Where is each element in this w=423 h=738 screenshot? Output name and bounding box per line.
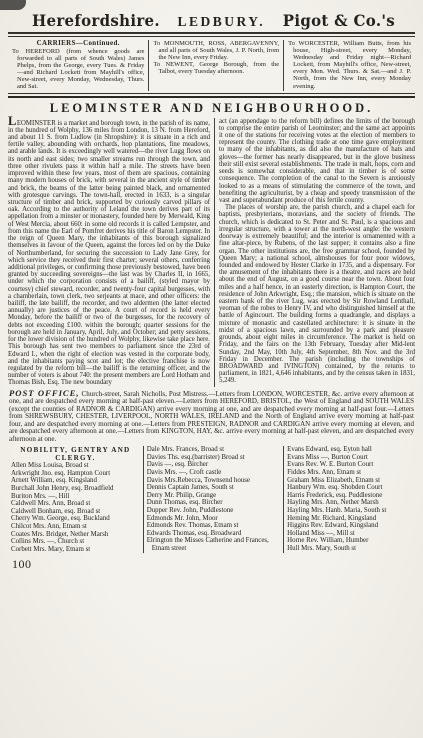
list-item: Dennis Captain James, South st: [147, 484, 280, 492]
list-item: Heming Mr. Richard, Kingsland: [287, 515, 412, 523]
article-paragraph: act (an appendage to the reform bill) de…: [219, 118, 415, 205]
list-item: Buriton Mrs. —, Hill: [11, 493, 140, 501]
list-item: Coates Mrs. Bridget, Nether Marsh: [11, 531, 140, 539]
article-title: LEOMINSTER AND NEIGHBOURHOOD.: [8, 101, 415, 116]
carriers-list-3: To WORCESTER, William Butts, from his ho…: [288, 40, 411, 90]
list-item: Holland Miss —, Mill st: [287, 530, 412, 538]
list-item: Evans Rev. W. E. Burton Court: [287, 461, 412, 469]
list-item: Edmonds Mr. John, Moor: [147, 515, 280, 523]
nobility-column-2: Dale Mrs. Frances, Broad stDavies Ths. e…: [143, 446, 283, 553]
list-item: Harris Frederick, esq. Puddlestone: [287, 492, 412, 500]
masthead: Herefordshire. LEDBURY. Pigot & Co.'s: [8, 10, 415, 30]
carrier-entry: To MONMOUTH, ROSS, ABERGAVENNY, and all …: [153, 40, 279, 61]
carriers-list-1: To HEREFORD (from whence goods are forwa…: [12, 48, 144, 91]
list-item: Davis Mrs. —, Croft castle: [147, 469, 280, 477]
carrier-entry: To WORCESTER, William Butts, from his ho…: [288, 40, 411, 90]
nobility-list-2: Dale Mrs. Frances, Broad stDavies Ths. e…: [147, 446, 280, 552]
carriers-column-2: To MONMOUTH, ROSS, ABERGAVENNY, and all …: [148, 40, 283, 91]
nobility-column-3: Evans Edward, esq. Eyton hallEvans Miss …: [283, 446, 415, 553]
nobility-list-1: Allen Miss Louisa, Broad stArkwright Jno…: [11, 462, 140, 553]
post-office-section: POST OFFICE, Church-street, Sarah Nichol…: [8, 390, 415, 444]
list-item: Allen Miss Louisa, Broad st: [11, 462, 140, 470]
nobility-column-1: NOBILITY, GENTRY AND CLERGY. Allen Miss …: [8, 446, 143, 553]
list-item: Higgins Rev. Edward, Kingsland: [287, 522, 412, 530]
post-office-heading: POST OFFICE,: [9, 388, 80, 398]
list-item: Davis Mrs.Rebecca, Townsend house: [147, 477, 280, 485]
carrier-entry: To NEWENT, George Borough, from the Talb…: [153, 61, 279, 75]
list-item: Corbett Mrs. Mary, Etnam st: [11, 546, 140, 554]
list-item: Dunn Thomas, esq. Bircher: [147, 499, 280, 507]
carriers-title: CARRIERS—Continued.: [12, 40, 144, 48]
section-rule: [8, 93, 415, 98]
list-item: Evans Miss —, Burton Court: [287, 454, 412, 462]
list-item: Hayling Mrs. Ann, Nether Marsh: [287, 499, 412, 507]
scan-artifact: [0, 0, 26, 10]
article-column-right: act (an appendage to the reform bill) de…: [214, 118, 415, 387]
nobility-list-3: Evans Edward, esq. Eyton hallEvans Miss …: [287, 446, 412, 552]
nobility-title-line2: CLERGY.: [11, 454, 140, 462]
list-item: Caldwell Bonham, esq. Broad st: [11, 508, 140, 516]
post-office-body: Church-street, Sarah Nicholls, Post Mist…: [9, 390, 414, 443]
carriers-list-2: To MONMOUTH, ROSS, ABERGAVENNY, and all …: [153, 40, 279, 75]
list-item: Dale Mrs. Frances, Broad st: [147, 446, 280, 454]
article-paragraph: The places of worship are, the parish ch…: [219, 204, 415, 384]
list-item: Caldwell Mrs. Ann, Broad st: [11, 500, 140, 508]
county-title: Herefordshire.: [32, 12, 160, 31]
list-item: Horne Rev. William, Humber: [287, 537, 412, 545]
page-number: 100: [12, 557, 415, 572]
list-item: Arnett William, esq. Kingsland: [11, 477, 140, 485]
article-paragraph: LEOMINSTER is a market and borough town,…: [8, 118, 210, 387]
carriers-column-3: To WORCESTER, William Butts, from his ho…: [283, 40, 415, 91]
list-item: Evans Edward, esq. Eyton hall: [287, 446, 412, 454]
list-item: Fiddes Mrs. Ann, Etnam st: [287, 469, 412, 477]
list-item: Dupper Rev. John, Puddlestone: [147, 507, 280, 515]
list-item: Hanbury Wm. esq. Shobden Court: [287, 484, 412, 492]
list-item: Davies Ths. esq.(barrister) Broad st: [147, 454, 280, 462]
list-item: Edwards Thomas, esq. Broadward: [147, 530, 280, 538]
list-item: Burchall John Henry, esq. Broadfield: [11, 485, 140, 493]
carriers-section: CARRIERS—Continued. To HEREFORD (from wh…: [8, 40, 415, 91]
list-item: Hayling Mrs. Hanb. Maria, South st: [287, 507, 412, 515]
list-item: Elrington the Misses Catherine and Franc…: [147, 537, 280, 552]
list-item: Edmonds Rev. Thomas, Etnam st: [147, 522, 280, 530]
list-item: Collins Mrs. —, Church st: [11, 538, 140, 546]
list-item: Arkwright Jno. esq. Hampton Court: [11, 470, 140, 478]
masthead-rule: [8, 32, 415, 37]
list-item: Hull Mrs. Mary, South st: [287, 545, 412, 553]
list-item: Chilcot Mrs. Ann, Etnam st: [11, 523, 140, 531]
directory-page: Herefordshire. LEDBURY. Pigot & Co.'s CA…: [0, 0, 423, 738]
publisher-title: Pigot & Co.'s: [283, 12, 395, 31]
list-item: Davis —, esq. Bircher: [147, 461, 280, 469]
article-columns: LEOMINSTER is a market and borough town,…: [8, 118, 415, 387]
list-item: Graham Miss Elizabeth, Etnam st: [287, 477, 412, 485]
list-item: Derry Mr. Philip, Grange: [147, 492, 280, 500]
article-column-left: LEOMINSTER is a market and borough town,…: [8, 118, 214, 387]
list-item: Cherry Wm. George, esq. Buckland: [11, 515, 140, 523]
nobility-title-line1: NOBILITY, GENTRY AND: [11, 446, 140, 454]
nobility-section: NOBILITY, GENTRY AND CLERGY. Allen Miss …: [8, 446, 415, 553]
carriers-column-1: CARRIERS—Continued. To HEREFORD (from wh…: [8, 40, 148, 91]
town-title: LEDBURY.: [178, 14, 266, 30]
carrier-entry: To HEREFORD (from whence goods are forwa…: [12, 48, 144, 91]
